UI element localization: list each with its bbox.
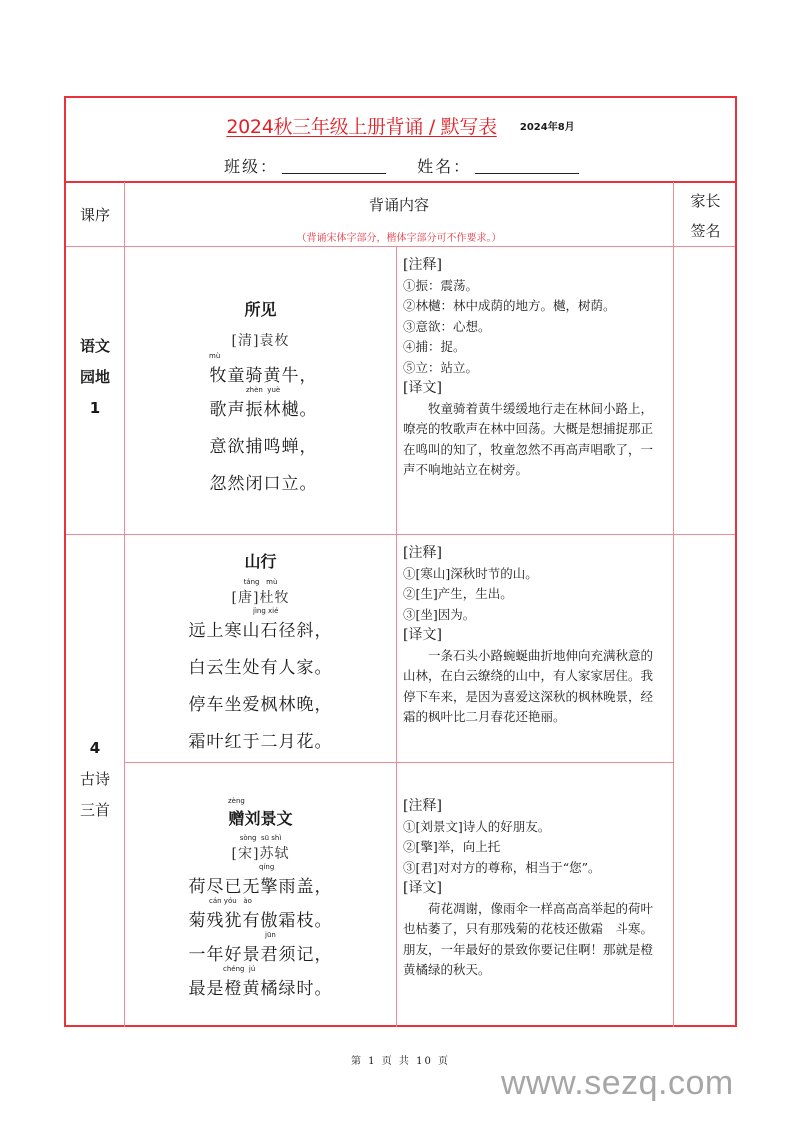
poem-line: 停车坐爱枫林晚， [125, 690, 396, 715]
pinyin: chéng jú [125, 965, 396, 974]
poem-author: [清]袁枚 [125, 330, 396, 350]
name-blank [475, 159, 579, 174]
poem-line: 霜叶红于二月花。 [125, 727, 396, 752]
title-text: 2024秋三年级上册背诵 / 默写表 [226, 116, 496, 138]
poem-line: jìng xié远上寒山石径斜， [125, 607, 396, 641]
header-content-label: 背诵内容 [125, 194, 673, 215]
translation-heading: [译文] [403, 378, 673, 399]
pinyin: táng mù [125, 578, 396, 587]
lesson-text: 1 [66, 393, 124, 424]
line-text: 牧童骑黄牛， [210, 366, 318, 386]
poem-line: jūn一年好景君须记， [125, 931, 396, 965]
poem-line: cán yóu ào菊残犹有傲霜枝。 [125, 897, 396, 931]
notes-heading: [注释] [403, 255, 673, 276]
translation-heading: [译文] [403, 625, 673, 646]
line-text: 一年好景君须记， [189, 945, 333, 965]
table-title: 2024秋三年级上册背诵 / 默写表 2024年8月 [66, 112, 735, 139]
poem-author: [宋]苏轼 [125, 843, 396, 863]
note-item: ①[寒山]深秋时节的山。 [403, 564, 673, 585]
poem-line: 忽然闭口立。 [125, 469, 396, 494]
lesson-text: 4 [66, 733, 124, 764]
note-item: ②[生]产生，生出。 [403, 584, 673, 605]
name-label: 姓名： [417, 157, 471, 176]
note-item: ③意欲：心想。 [403, 317, 673, 338]
line-text: 歌声振林樾。 [210, 400, 318, 420]
pinyin: sòng sū shì [125, 834, 396, 843]
lesson-text: 语文 [66, 331, 124, 362]
lesson-text: 园地 [66, 362, 124, 393]
header-sign-line2: 签名 [674, 216, 737, 246]
poem-line: zhèn yuè歌声振林樾。 [125, 386, 396, 420]
class-label: 班级： [224, 157, 278, 176]
poem-title: 赠刘景文 [125, 806, 396, 829]
translation-text: 一条石头小路蜿蜒曲折地伸向充满秋意的山林，在白云缭绕的山中，有人家家居住。我停下… [403, 646, 673, 728]
poem-line: chéng jú最是橙黄橘绿时。 [125, 965, 396, 999]
header-lesson: 课序 [66, 182, 124, 246]
poem-notes-zengliujingwen: [注释] ①[刘景文]诗人的好朋友。 ②[擎]举，向上托 ③[君]对对方的尊称，… [397, 788, 673, 981]
pinyin: jūn [125, 931, 396, 940]
pinyin: mù [131, 352, 396, 361]
note-item: ①振：震荡。 [403, 276, 673, 297]
page-number: 第 1 页 共 10 页 [351, 1052, 450, 1067]
line-text: 远上寒山石径斜， [189, 621, 333, 641]
header-parent-sign: 家长 签名 [674, 182, 737, 246]
note-item: ②林樾：林中成荫的地方。樾，树荫。 [403, 296, 673, 317]
note-item: ⑤立：站立。 [403, 358, 673, 379]
lesson-label-4: 4 古诗 三首 [66, 535, 124, 1027]
student-info-line: 班级： 姓名： [224, 154, 603, 177]
pinyin: zèng [125, 797, 396, 806]
header-sign-line1: 家长 [674, 186, 737, 216]
poem-title: 所见 [125, 297, 396, 320]
note-item: ③[坐]因为。 [403, 605, 673, 626]
notes-heading: [注释] [403, 543, 673, 564]
class-blank [282, 159, 386, 174]
note-item: ④捕：捉。 [403, 337, 673, 358]
recitation-table: 2024秋三年级上册背诵 / 默写表 2024年8月 班级： 姓名： 课序 背诵… [64, 96, 737, 1027]
parent-sign-cell-4[interactable] [674, 535, 737, 1027]
poem-line: mù牧童骑黄牛， [125, 352, 396, 386]
lesson-text: 古诗 [66, 764, 124, 795]
pinyin: qíng [125, 863, 396, 872]
poem-line: qíng荷尽已无擎雨盖， [125, 863, 396, 897]
translation-heading: [译文] [403, 878, 673, 899]
pinyin: zhèn yuè [131, 386, 396, 395]
poem-notes-suojian: [注释] ①振：震荡。 ②林樾：林中成荫的地方。樾，树荫。 ③意欲：心想。 ④捕… [397, 247, 673, 481]
poem-notes-shanxing: [注释] ①[寒山]深秋时节的山。 ②[生]产生，生出。 ③[坐]因为。 [译文… [397, 535, 673, 728]
header-content: 背诵内容 （背诵宋体字部分，楷体字部分可不作要求。） [125, 182, 673, 246]
lesson-text: 三首 [66, 795, 124, 826]
note-item: ②[擎]举，向上托 [403, 837, 673, 858]
title-date: 2024年8月 [520, 122, 575, 133]
translation-text: 荷花凋谢，像雨伞一样高高高举起的荷叶也枯萎了，只有那残菊的花枝还傲霜 斗寒。朋友… [403, 899, 673, 981]
line-text: 菊残犹有傲霜枝。 [189, 911, 333, 931]
poem-author: [唐]杜牧 [125, 587, 396, 607]
watermark: www.sezq.com [501, 1064, 734, 1103]
line-text: 最是橙黄橘绿时。 [189, 979, 333, 999]
pinyin: cán yóu ào [125, 897, 396, 906]
poem-line: 白云生处有人家。 [125, 653, 396, 678]
note-item: ①[刘景文]诗人的好朋友。 [403, 817, 673, 838]
poem-title: 山行 [125, 549, 396, 572]
poem-suojian: 所见 [清]袁枚 mù牧童骑黄牛， zhèn yuè歌声振林樾。 意欲捕鸣蝉， … [125, 247, 396, 534]
note-item: ③[君]对对方的尊称，相当于“您”。 [403, 858, 673, 879]
parent-sign-cell-1[interactable] [674, 247, 737, 534]
lesson-label-1: 语文 园地 1 [66, 247, 124, 534]
header-content-note: （背诵宋体字部分，楷体字部分可不作要求。） [125, 229, 673, 244]
pinyin: jìng xié [125, 607, 396, 616]
poem-shanxing: 山行 táng mù [唐]杜牧 jìng xié远上寒山石径斜， 白云生处有人… [125, 535, 396, 762]
poem-zengliujingwen: zèng 赠刘景文 sòng sū shì [宋]苏轼 qíng荷尽已无擎雨盖，… [125, 763, 396, 1027]
notes-heading: [注释] [403, 796, 673, 817]
line-text: 荷尽已无擎雨盖， [189, 877, 333, 897]
translation-text: 牧童骑着黄牛缓缓地行走在林间小路上，嘹亮的牧歌声在林中回荡。大概是想捕捉那正在鸣… [403, 399, 673, 481]
poem-line: 意欲捕鸣蝉， [125, 432, 396, 457]
